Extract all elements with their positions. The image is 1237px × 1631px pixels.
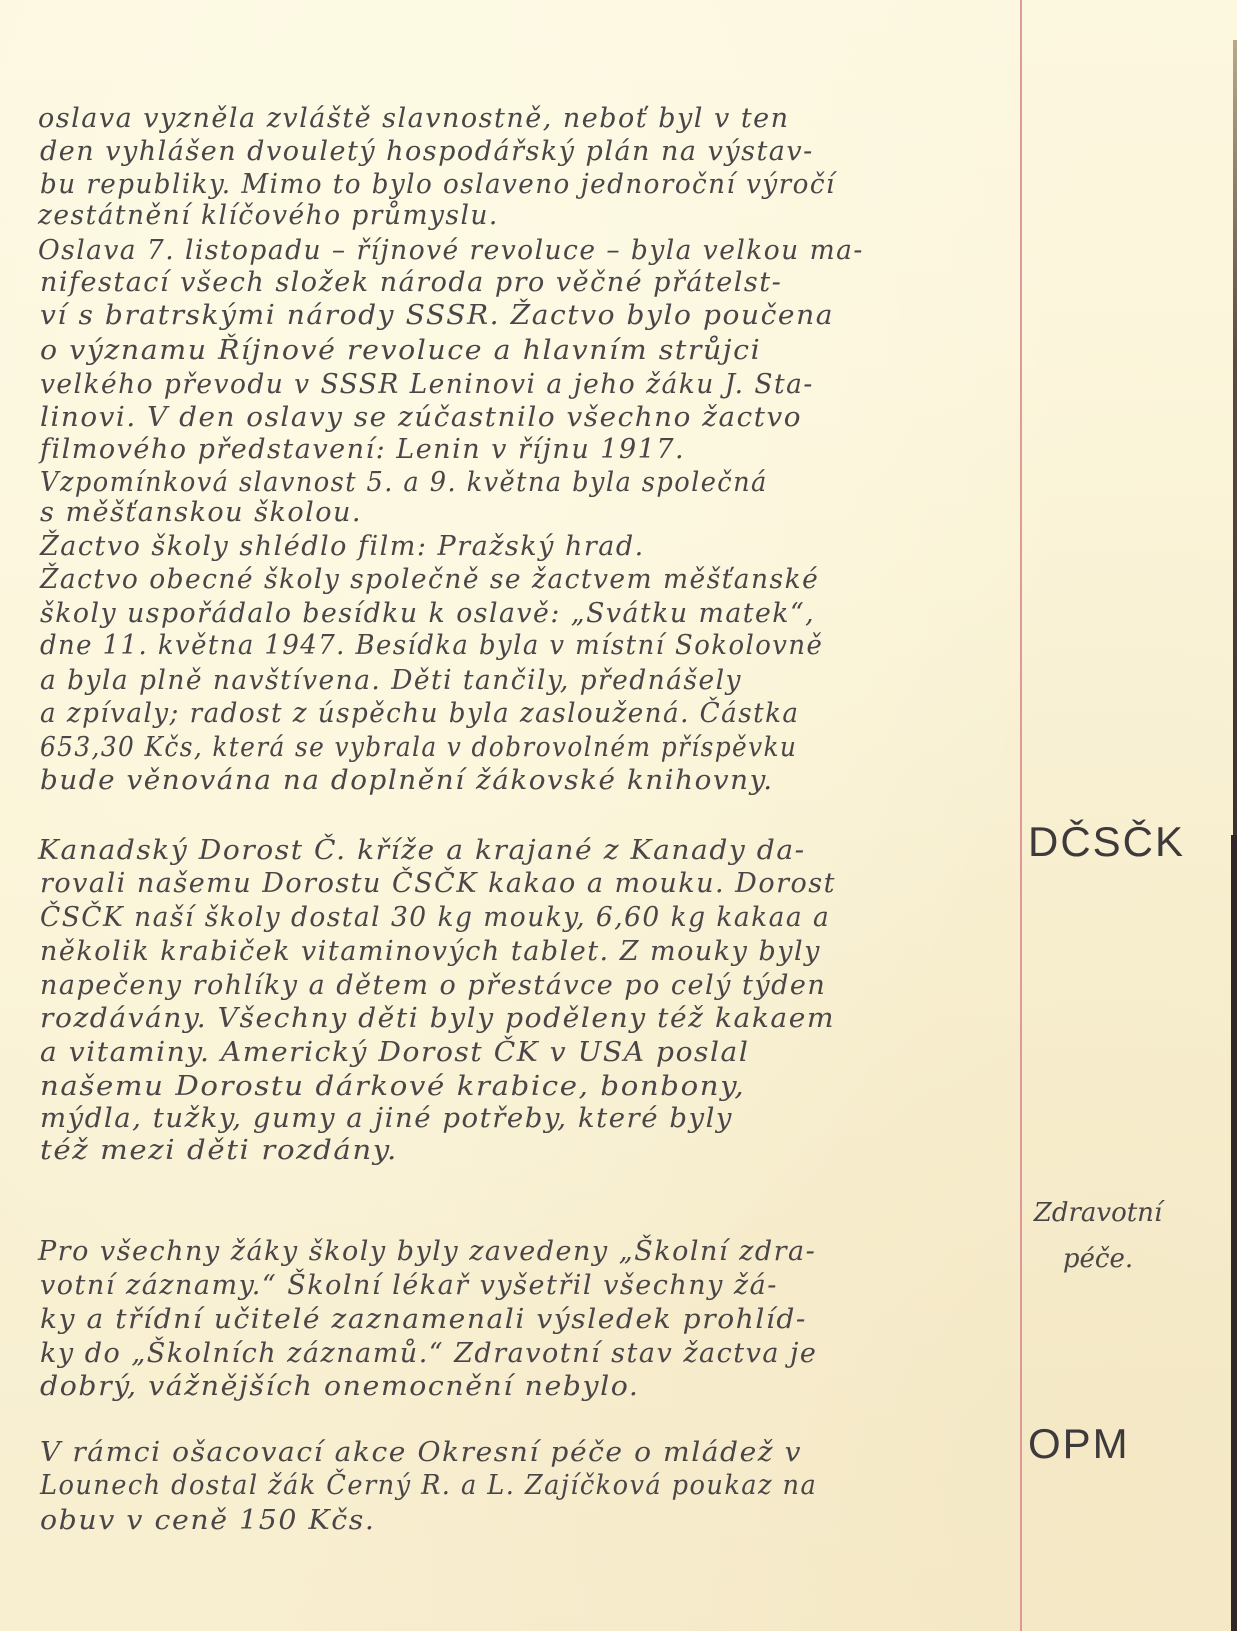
text-line: ví s bratrskými národy SSSR. Žactvo bylo… xyxy=(40,300,834,331)
margin-label-line: péče. xyxy=(1028,1236,1168,1282)
text-line: Oslava 7. listopadu – říjnové revoluce –… xyxy=(38,235,864,266)
text-line: a vitaminy. Americký Dorost ČK v USA pos… xyxy=(40,1037,749,1068)
text-line: dne 11. května 1947. Besídka byla v míst… xyxy=(40,630,823,661)
text-line: filmového představení: Lenin v říjnu 191… xyxy=(40,434,685,465)
margin-label-opm: OPM xyxy=(1028,1420,1130,1468)
text-line: mýdla, tužky, gumy a jiné potřeby, které… xyxy=(40,1103,733,1134)
text-line: bu republiky. Mimo to bylo oslaveno jedn… xyxy=(40,169,836,200)
text-line: rovali našemu Dorostu ČSČK kakao a mouku… xyxy=(40,868,836,899)
text-line: Kanadský Dorost Č. kříže a krajané z Kan… xyxy=(38,835,806,866)
text-line: Vzpomínková slavnost 5. a 9. května byla… xyxy=(40,467,768,498)
margin-label-line: Zdravotní xyxy=(1028,1190,1168,1236)
text-line: Pro všechny žáky školy byly zavedeny „Šk… xyxy=(38,1236,816,1267)
text-line: velkého převodu v SSSR Leninovi a jeho ž… xyxy=(40,369,814,400)
text-line: bude věnována na doplnění žákovské kniho… xyxy=(40,765,774,796)
text-line: školy uspořádalo besídku k oslavě: „Svát… xyxy=(40,598,815,629)
text-line: 653,30 Kčs, která se vybrala v dobrovoln… xyxy=(40,732,797,763)
page-edge-binding xyxy=(1231,835,1237,1631)
text-line: a zpívaly; radost z úspěchu byla zaslouž… xyxy=(40,698,799,729)
text-line: obuv v ceně 150 Kčs. xyxy=(40,1505,375,1536)
text-line: s měšťanskou školou. xyxy=(40,497,362,528)
text-line: nifestací všech složek národa pro věčné … xyxy=(40,267,782,298)
text-line: V rámci ošacovací akce Okresní péče o ml… xyxy=(40,1437,802,1468)
text-line: den vyhlášen dvouletý hospodářský plán n… xyxy=(40,136,814,167)
text-line: ky do „Školních záznamů.“ Zdravotní stav… xyxy=(40,1338,817,1369)
text-line: Lounech dostal žák Černý R. a L. Zajíčko… xyxy=(40,1470,817,1501)
margin-rule xyxy=(1020,0,1022,1631)
text-line: ky a třídní učitelé zaznamenali výsledek… xyxy=(40,1304,807,1335)
text-line: votní záznamy.“ Školní lékař vyšetřil vš… xyxy=(40,1270,778,1301)
text-line: ČSČK naší školy dostal 30 kg mouky, 6,60… xyxy=(40,902,830,933)
text-line: napečeny rohlíky a dětem o přestávce po … xyxy=(40,970,826,1001)
text-line: linovi. V den oslavy se zúčastnilo všech… xyxy=(40,402,802,433)
text-line: a byla plně navštívena. Děti tančily, př… xyxy=(40,665,742,696)
scanned-page: oslava vyzněla zvláště slavnostně, neboť… xyxy=(0,0,1237,1631)
text-line: zestátnění klíčového průmyslu. xyxy=(38,200,499,231)
margin-label-zdravotni-pece: Zdravotní péče. xyxy=(1028,1190,1168,1282)
margin-label-dcsck: DČSČK xyxy=(1028,818,1185,866)
text-line: oslava vyzněla zvláště slavnostně, neboť… xyxy=(38,103,790,134)
text-line: Žactvo školy shlédlo film: Pražský hrad. xyxy=(40,531,645,562)
text-line: několik krabiček vitaminových tablet. Z … xyxy=(40,936,821,967)
text-line: též mezi děti rozdány. xyxy=(40,1135,398,1166)
text-line: našemu Dorostu dárkové krabice, bonbony, xyxy=(40,1071,745,1102)
text-line: rozdávány. Všechny děti byly poděleny té… xyxy=(40,1003,835,1034)
text-line: Žactvo obecné školy společně se žactvem … xyxy=(40,564,819,595)
text-line: o významu Říjnové revoluce a hlavním str… xyxy=(40,335,761,366)
text-line: dobrý, vážnějších onemocnění nebylo. xyxy=(40,1371,640,1402)
